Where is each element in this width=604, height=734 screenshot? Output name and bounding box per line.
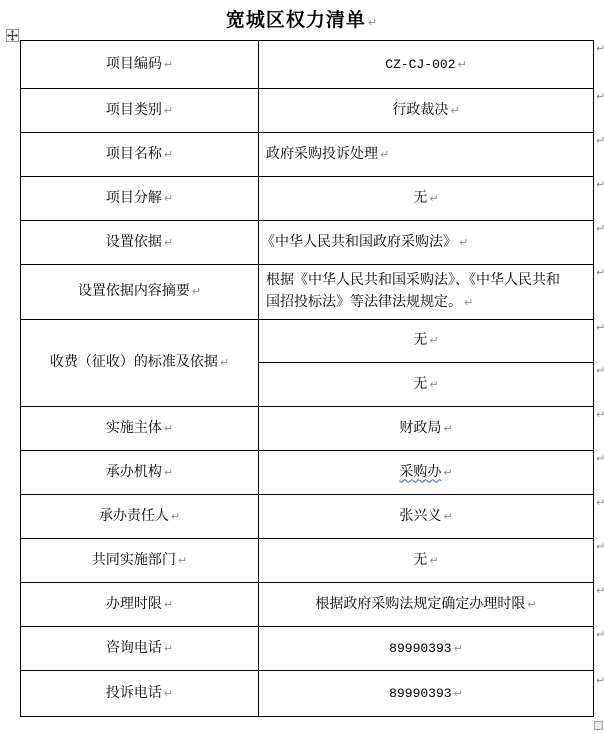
row-value: 89990393↵ [259, 627, 594, 671]
row-value: 89990393↵ [259, 671, 594, 717]
end-of-row-mark: ↵ [596, 90, 604, 103]
table-row: 项目类别↵ 行政裁决↵ [21, 89, 594, 133]
row-label: 设置依据↵ [21, 221, 259, 265]
page-title: 宽城区权力清单↵ [0, 5, 604, 32]
end-of-cell-mark: ↵ [164, 192, 173, 205]
row-label: 项目分解↵ [21, 177, 259, 221]
row-label: 咨询电话↵ [21, 627, 259, 671]
row-label: 收费（征收）的标准及依据↵ [21, 320, 259, 407]
table-row: 实施主体↵ 财政局↵ [21, 407, 594, 451]
row-value: 张兴义↵ [259, 495, 594, 539]
end-of-cell-mark: ↵ [164, 104, 173, 117]
row-value: 无↵ [259, 177, 594, 221]
end-of-cell-mark: ↵ [443, 422, 452, 435]
row-label: 项目名称↵ [21, 133, 259, 177]
row-label: 办理时限↵ [21, 583, 259, 627]
end-of-cell-mark: ↵ [527, 598, 536, 611]
power-list-table: 项目编码↵ CZ-CJ-002↵ 项目类别↵ 行政裁决↵ 项目名称↵ 政府采购投… [20, 40, 594, 717]
end-of-row-mark: ↵ [596, 584, 604, 597]
table-row: 咨询电话↵ 89990393↵ [21, 627, 594, 671]
end-of-cell-mark: ↵ [220, 356, 229, 369]
table-row: 承办责任人↵ 张兴义↵ [21, 495, 594, 539]
end-of-cell-mark: ↵ [429, 554, 438, 567]
table-row: 设置依据↵ 《中华人民共和国政府采购法》↵ [21, 221, 594, 265]
table-row: 项目分解↵ 无↵ [21, 177, 594, 221]
end-of-cell-mark: ↵ [454, 642, 463, 655]
table-row: 投诉电话↵ 89990393↵ [21, 671, 594, 717]
end-of-row-mark: ↵ [596, 496, 604, 509]
end-of-cell-mark: ↵ [164, 422, 173, 435]
end-of-cell-mark: ↵ [429, 334, 438, 347]
row-value: 政府采购投诉处理↵ [259, 133, 594, 177]
row-label: 设置依据内容摘要↵ [21, 265, 259, 320]
paragraph-mark: ↵ [368, 16, 378, 29]
table-resize-handle[interactable] [594, 721, 603, 730]
end-of-cell-mark: ↵ [164, 58, 173, 71]
end-of-cell-mark: ↵ [464, 296, 473, 309]
end-of-cell-mark: ↵ [178, 554, 187, 567]
end-of-row-mark: ↵ [596, 452, 604, 465]
row-value: 无↵ [259, 320, 594, 363]
end-of-cell-mark: ↵ [380, 148, 389, 161]
row-value: 《中华人民共和国政府采购法》↵ [259, 221, 594, 265]
grammar-checked-text: 采购办 [399, 465, 441, 480]
row-label: 承办机构↵ [21, 451, 259, 495]
row-value: 无↵ [259, 363, 594, 407]
end-of-row-mark: ↵ [596, 321, 604, 334]
table-row: 承办机构↵ 采购办↵ [21, 451, 594, 495]
table-move-handle[interactable] [6, 29, 19, 42]
row-label: 承办责任人↵ [21, 495, 259, 539]
row-value: 行政裁决↵ [259, 89, 594, 133]
table-row: 项目名称↵ 政府采购投诉处理↵ [21, 133, 594, 177]
end-of-row-mark: ↵ [596, 408, 604, 421]
table-row: 收费（征收）的标准及依据↵ 无↵ [21, 320, 594, 363]
row-value: 无↵ [259, 539, 594, 583]
end-of-cell-mark: ↵ [164, 598, 173, 611]
end-of-cell-mark: ↵ [450, 104, 459, 117]
row-label: 投诉电话↵ [21, 671, 259, 717]
end-of-cell-mark: ↵ [459, 236, 468, 249]
end-of-cell-mark: ↵ [443, 510, 452, 523]
end-of-row-mark: ↵ [596, 178, 604, 191]
row-label: 项目编码↵ [21, 41, 259, 89]
end-of-row-mark: ↵ [596, 540, 604, 553]
end-of-row-mark: ↵ [596, 364, 604, 377]
row-label: 共同实施部门↵ [21, 539, 259, 583]
move-arrows-icon [7, 30, 18, 41]
row-value: CZ-CJ-002↵ [259, 41, 594, 89]
row-label: 项目类别↵ [21, 89, 259, 133]
end-of-cell-mark: ↵ [164, 148, 173, 161]
end-of-cell-mark: ↵ [164, 466, 173, 479]
end-of-cell-mark: ↵ [164, 236, 173, 249]
end-of-cell-mark: ↵ [458, 58, 467, 71]
page-title-text: 宽城区权力清单 [226, 10, 366, 31]
document-page: { "title": "宽城区权力清单", "marks": { "pilcro… [0, 0, 604, 734]
row-label: 实施主体↵ [21, 407, 259, 451]
end-of-row-mark: ↵ [596, 628, 604, 641]
table-row: 共同实施部门↵ 无↵ [21, 539, 594, 583]
end-of-row-mark: ↵ [596, 222, 604, 235]
end-of-cell-mark: ↵ [171, 510, 180, 523]
end-of-cell-mark: ↵ [443, 466, 452, 479]
table-row: 办理时限↵ 根据政府采购法规定确定办理时限↵ [21, 583, 594, 627]
table-row: 设置依据内容摘要↵ 根据《中华人民共和国采购法》、《中华人民共和国招投标法》等法… [21, 265, 594, 320]
end-of-row-mark: ↵ [596, 134, 604, 147]
row-value: 根据政府采购法规定确定办理时限↵ [259, 583, 594, 627]
row-value: 根据《中华人民共和国采购法》、《中华人民共和国招投标法》等法律法规规定。↵ [259, 265, 594, 320]
row-value: 采购办↵ [259, 451, 594, 495]
end-of-cell-mark: ↵ [429, 192, 438, 205]
end-of-cell-mark: ↵ [429, 378, 438, 391]
table-row: 项目编码↵ CZ-CJ-002↵ [21, 41, 594, 89]
end-of-row-mark: ↵ [596, 42, 604, 55]
end-of-row-mark: ↵ [596, 674, 604, 687]
end-of-cell-mark: ↵ [192, 285, 201, 298]
end-of-cell-mark: ↵ [164, 642, 173, 655]
end-of-cell-mark: ↵ [454, 687, 463, 700]
row-value: 财政局↵ [259, 407, 594, 451]
end-of-cell-mark: ↵ [164, 687, 173, 700]
end-of-row-mark: ↵ [596, 266, 604, 279]
